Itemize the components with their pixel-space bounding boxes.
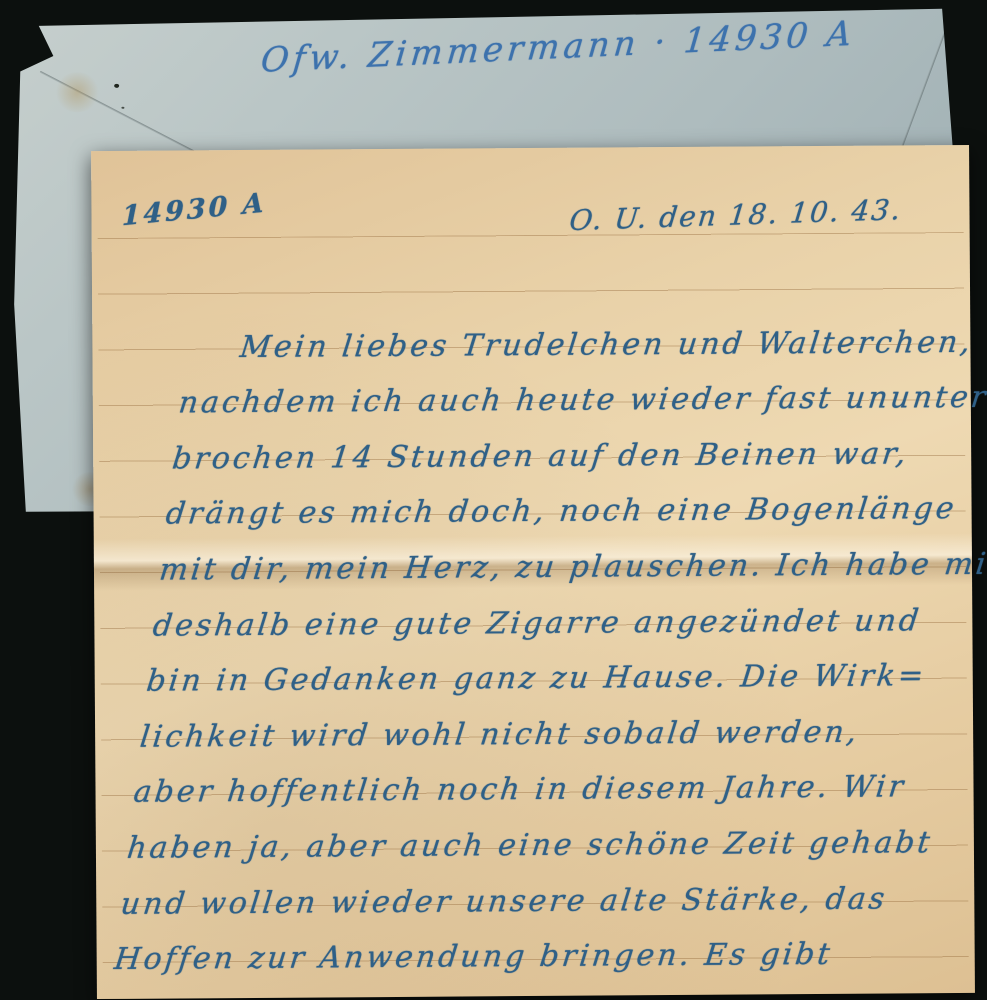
letter-line: Mein liebes Trudelchen und Walterchen, bbox=[183, 309, 987, 370]
letter-line: und wollen wieder unsere alte Stärke, da… bbox=[118, 865, 926, 926]
letter-line: mit dir, mein Herz, zu plauschen. Ich ha… bbox=[157, 531, 965, 592]
letter-sheet: 14930 A O. U. den 18. 10. 43. Mein liebe… bbox=[91, 145, 975, 999]
envelope-ink-speck bbox=[114, 84, 119, 88]
field-post-number: 14930 A bbox=[122, 187, 267, 232]
letter-line: bin in Gedanken ganz zu Hause. Die Wirk= bbox=[144, 643, 952, 704]
letter-line: nachdem ich auch heute wieder fast ununt… bbox=[176, 364, 984, 425]
letter-line: drängt es mich doch, noch eine Bogenläng… bbox=[163, 476, 971, 537]
letter-body: Mein liebes Trudelchen und Walterchen, n… bbox=[112, 309, 987, 982]
letter-line: haben ja, aber auch eine schöne Zeit geh… bbox=[125, 810, 933, 871]
envelope-flap-crease-right bbox=[899, 24, 948, 152]
date-line: O. U. den 18. 10. 43. bbox=[568, 193, 904, 237]
envelope-address-handwriting: Ofw. Zimmermann · 14930 A bbox=[259, 14, 857, 81]
letter-line: aber hoffentlich noch in diesem Jahre. W… bbox=[131, 754, 939, 815]
envelope-stain-top bbox=[54, 72, 100, 112]
photo-stage: Ofw. Zimmermann · 14930 A 14930 A O. U. … bbox=[0, 0, 987, 1000]
letter-line: brochen 14 Stunden auf den Beinen war, bbox=[170, 420, 978, 481]
letter-line: Hoffen zur Anwendung bringen. Es gibt bbox=[112, 921, 920, 982]
letter-line: deshalb eine gute Zigarre angezündet und bbox=[151, 587, 959, 648]
letter-line: lichkeit wird wohl nicht sobald werden, bbox=[138, 698, 946, 759]
